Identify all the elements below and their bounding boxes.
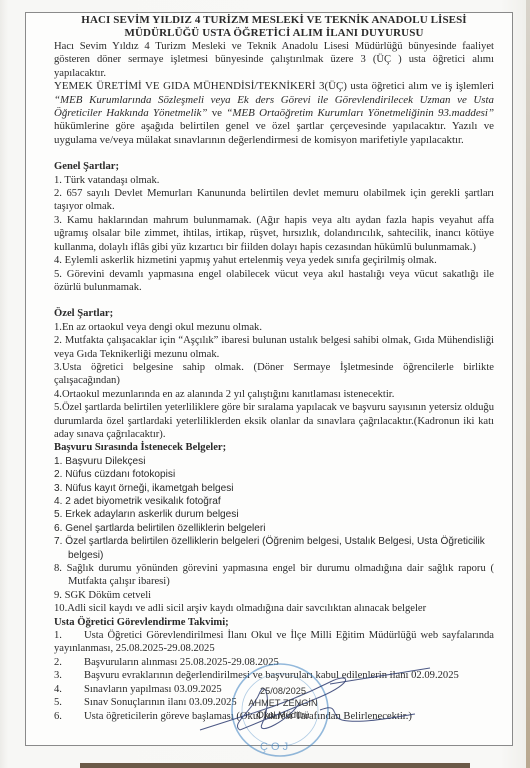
special-condition: 4.Ortaokul mezunlarında en az alanında 2… (54, 388, 494, 401)
signatory-title: Okul Müdürü (228, 710, 338, 721)
document-title: HACI SEVİM YILDIZ 4 TURİZM MESLEKİ VE TE… (54, 14, 494, 40)
special-condition: 5.Özel şartlarda belirtilen yeterlilikle… (54, 401, 494, 441)
required-document: 8. Sağlık durumu yönünden görevini yapma… (54, 562, 494, 589)
general-condition: 1. Türk vatandaşı olmak. (54, 174, 494, 187)
calendar-num: 4. (54, 683, 84, 696)
general-conditions-heading: Genel Şartlar; (54, 160, 494, 173)
documents-heading: Başvuru Sırasında İstenecek Belgeler; (54, 441, 494, 454)
title-line-2: MÜDÜRLÜĞÜ USTA ÖĞRETİCİ ALIM İLANI DUYUR… (54, 27, 494, 40)
calendar-num: 3. (54, 669, 84, 682)
special-condition: 3.Usta öğretici belgesine sahip olmak. (… (54, 361, 494, 388)
required-document: 1. Başvuru Dilekçesi (54, 455, 494, 468)
required-document: 10.Adli sicil kaydı ve adli sicil arşiv … (54, 602, 494, 615)
para2-end: hükümlerine göre aşağıda belirtilen gene… (54, 120, 494, 145)
calendar-item: 1.Usta Öğretici Görevlendirilmesi İlanı … (54, 629, 494, 656)
signature-block: Ç O J 25/08/2025 AHMET ZENGİN Okul Müdür… (180, 662, 440, 762)
special-conditions-heading: Özel Şartlar; (54, 307, 494, 320)
required-document: 2. Nüfus cüzdanı fotokopisi (54, 468, 494, 481)
regulation-ref-2: “MEB Ortaöğretim Kurumları Yönetmeliğini… (226, 107, 494, 119)
general-condition: 2. 657 sayılı Devlet Memurları Kanununda… (54, 187, 494, 214)
required-document: 7. Özel şartlarda belirtilen özellikleri… (54, 535, 494, 562)
announcement-content: HACI SEVİM YILDIZ 4 TURİZM MESLEKİ VE TE… (54, 14, 494, 723)
general-condition: 4. Eylemli askerlik hizmetini yapmış yah… (54, 254, 494, 267)
general-condition: 3. Kamu haklarından mahrum bulunmamak. (… (54, 214, 494, 254)
required-document: 4. 2 adet biyometrik vesikalık fotoğraf (54, 495, 494, 508)
scan-edge-bottom (80, 763, 470, 768)
para2-mid: ve (207, 107, 226, 119)
required-document: 6. Genel şartlarda belirtilen özellikler… (54, 522, 494, 535)
calendar-num: 1. (54, 629, 84, 642)
special-condition: 2. Mutfakta çalışacaklar için “Aşçılık” … (54, 334, 494, 361)
special-condition: 1.En az ortaokul veya dengi okul mezunu … (54, 321, 494, 334)
general-condition: 5. Görevini devamlı yapmasına engel olab… (54, 268, 494, 295)
calendar-num: 2. (54, 656, 84, 669)
title-line-1: HACI SEVİM YILDIZ 4 TURİZM MESLEKİ VE TE… (54, 14, 494, 27)
signature-date: 25/08/2025 (228, 686, 338, 697)
signatory-name: AHMET ZENGİN (228, 698, 338, 709)
required-document: 5. Erkek adayların askerlik durum belges… (54, 508, 494, 521)
calendar-heading: Usta Öğretici Görevlendirme Takvimi; (54, 616, 494, 629)
intro-paragraph: Hacı Sevim Yıldız 4 Turizm Mesleki ve Te… (54, 40, 494, 80)
regulation-paragraph: YEMEK ÜRETİMİ VE GIDA MÜHENDİSİ/TEKNİKER… (54, 80, 494, 147)
required-document: 9. SGK Döküm cetveli (54, 589, 494, 602)
required-document: 3. Nüfus kayıt örneği, ikametgah belgesi (54, 482, 494, 495)
para2-start: YEMEK ÜRETİMİ VE GIDA MÜHENDİSİ/TEKNİKER… (54, 80, 494, 92)
calendar-num: 6. (54, 710, 84, 723)
calendar-text: Usta Öğretici Görevlendirilmesi İlanı Ok… (54, 630, 494, 654)
scan-edge (526, 0, 530, 768)
calendar-num: 5. (54, 696, 84, 709)
